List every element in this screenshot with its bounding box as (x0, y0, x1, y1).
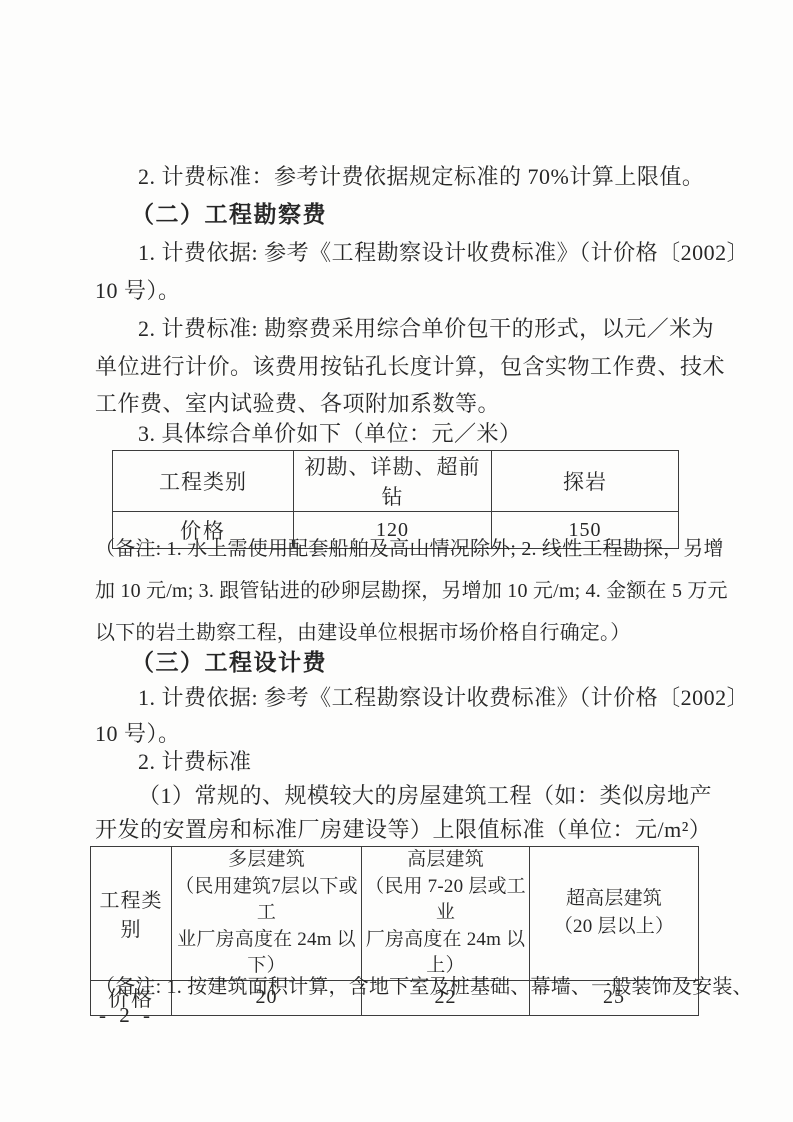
table2-header-category: 工程类别 (91, 847, 172, 981)
page-number: - 2 - (99, 1003, 154, 1028)
table-row: 工程类别 多层建筑 （民用建筑7层以下或工 业厂房高度在 24m 以下） 高层建… (91, 847, 699, 981)
table2-header-superhighrise: 超高层建筑 （20 层以上） (530, 847, 699, 981)
table2-header-highrise: 高层建筑 （民用 7-20 层或工业 厂房高度在 24m 以上） (362, 847, 530, 981)
paragraph-s3-basis-line1: 1. 计费依据: 参考《工程勘察设计收费标准》（计价格〔2002〕 (95, 683, 756, 713)
paragraph-s3-item1-line2: 开发的安置房和标准厂房建设等）上限值标准（单位：元/m²） (95, 815, 713, 845)
paragraph-s2-standard-line1: 2. 计费标准: 勘察费采用综合单价包干的形式，以元／米为 (95, 314, 756, 344)
note1-line3: 以下的岩土勘察工程，由建设单位根据市场价格自行确定。） (95, 618, 713, 648)
paragraph-s3-standard: 2. 计费标准 (95, 747, 756, 777)
document-page: 2. 计费标准：参考计费依据规定标准的 70%计算上限值。 （二）工程勘察费 1… (0, 0, 793, 1122)
paragraph-s3-basis-line2: 10 号）。 (95, 719, 713, 749)
note2-line1: （备注: 1. 按建筑面积计算，含地下室及桩基础、幕墙、一般装饰及安装、 (95, 972, 713, 1002)
paragraph-unit-price-intro: 3. 具体综合单价如下（单位：元／米） (95, 419, 756, 449)
table1-header-rock: 探岩 (492, 451, 679, 512)
section-heading-design-fee: （三）工程设计费 (95, 648, 749, 678)
section-heading-survey-fee: （二）工程勘察费 (95, 200, 749, 230)
table1-header-category: 工程类别 (113, 451, 294, 512)
paragraph-s3-item1-line1: （1）常规的、规模较大的房屋建筑工程（如：类似房地产 (95, 781, 756, 811)
table2-header-multistory: 多层建筑 （民用建筑7层以下或工 业厂房高度在 24m 以下） (172, 847, 362, 981)
paragraph-s2-standard-line3: 工作费、室内试验费、各项附加系数等。 (95, 389, 713, 419)
paragraph-s2-basis-line1: 1. 计费依据: 参考《工程勘察设计收费标准》（计价格〔2002〕 (95, 238, 756, 268)
table1-header-drilling: 初勘、详勘、超前钻 (294, 451, 492, 512)
note1-line1: （备注: 1. 水上需使用配套船舶及高山情况除外; 2. 线性工程勘探，另增 (95, 534, 713, 564)
paragraph-s2-standard-line2: 单位进行计价。该费用按钻孔长度计算，包含实物工作费、技术 (95, 352, 713, 382)
paragraph-fee-standard: 2. 计费标准：参考计费依据规定标准的 70%计算上限值。 (95, 162, 756, 192)
paragraph-s2-basis-line2: 10 号）。 (95, 276, 713, 306)
table-row: 工程类别 初勘、详勘、超前钻 探岩 (113, 451, 679, 512)
note1-line2: 加 10 元/m; 3. 跟管钻进的砂卵层勘探，另增加 10 元/m; 4. 金… (95, 576, 713, 606)
